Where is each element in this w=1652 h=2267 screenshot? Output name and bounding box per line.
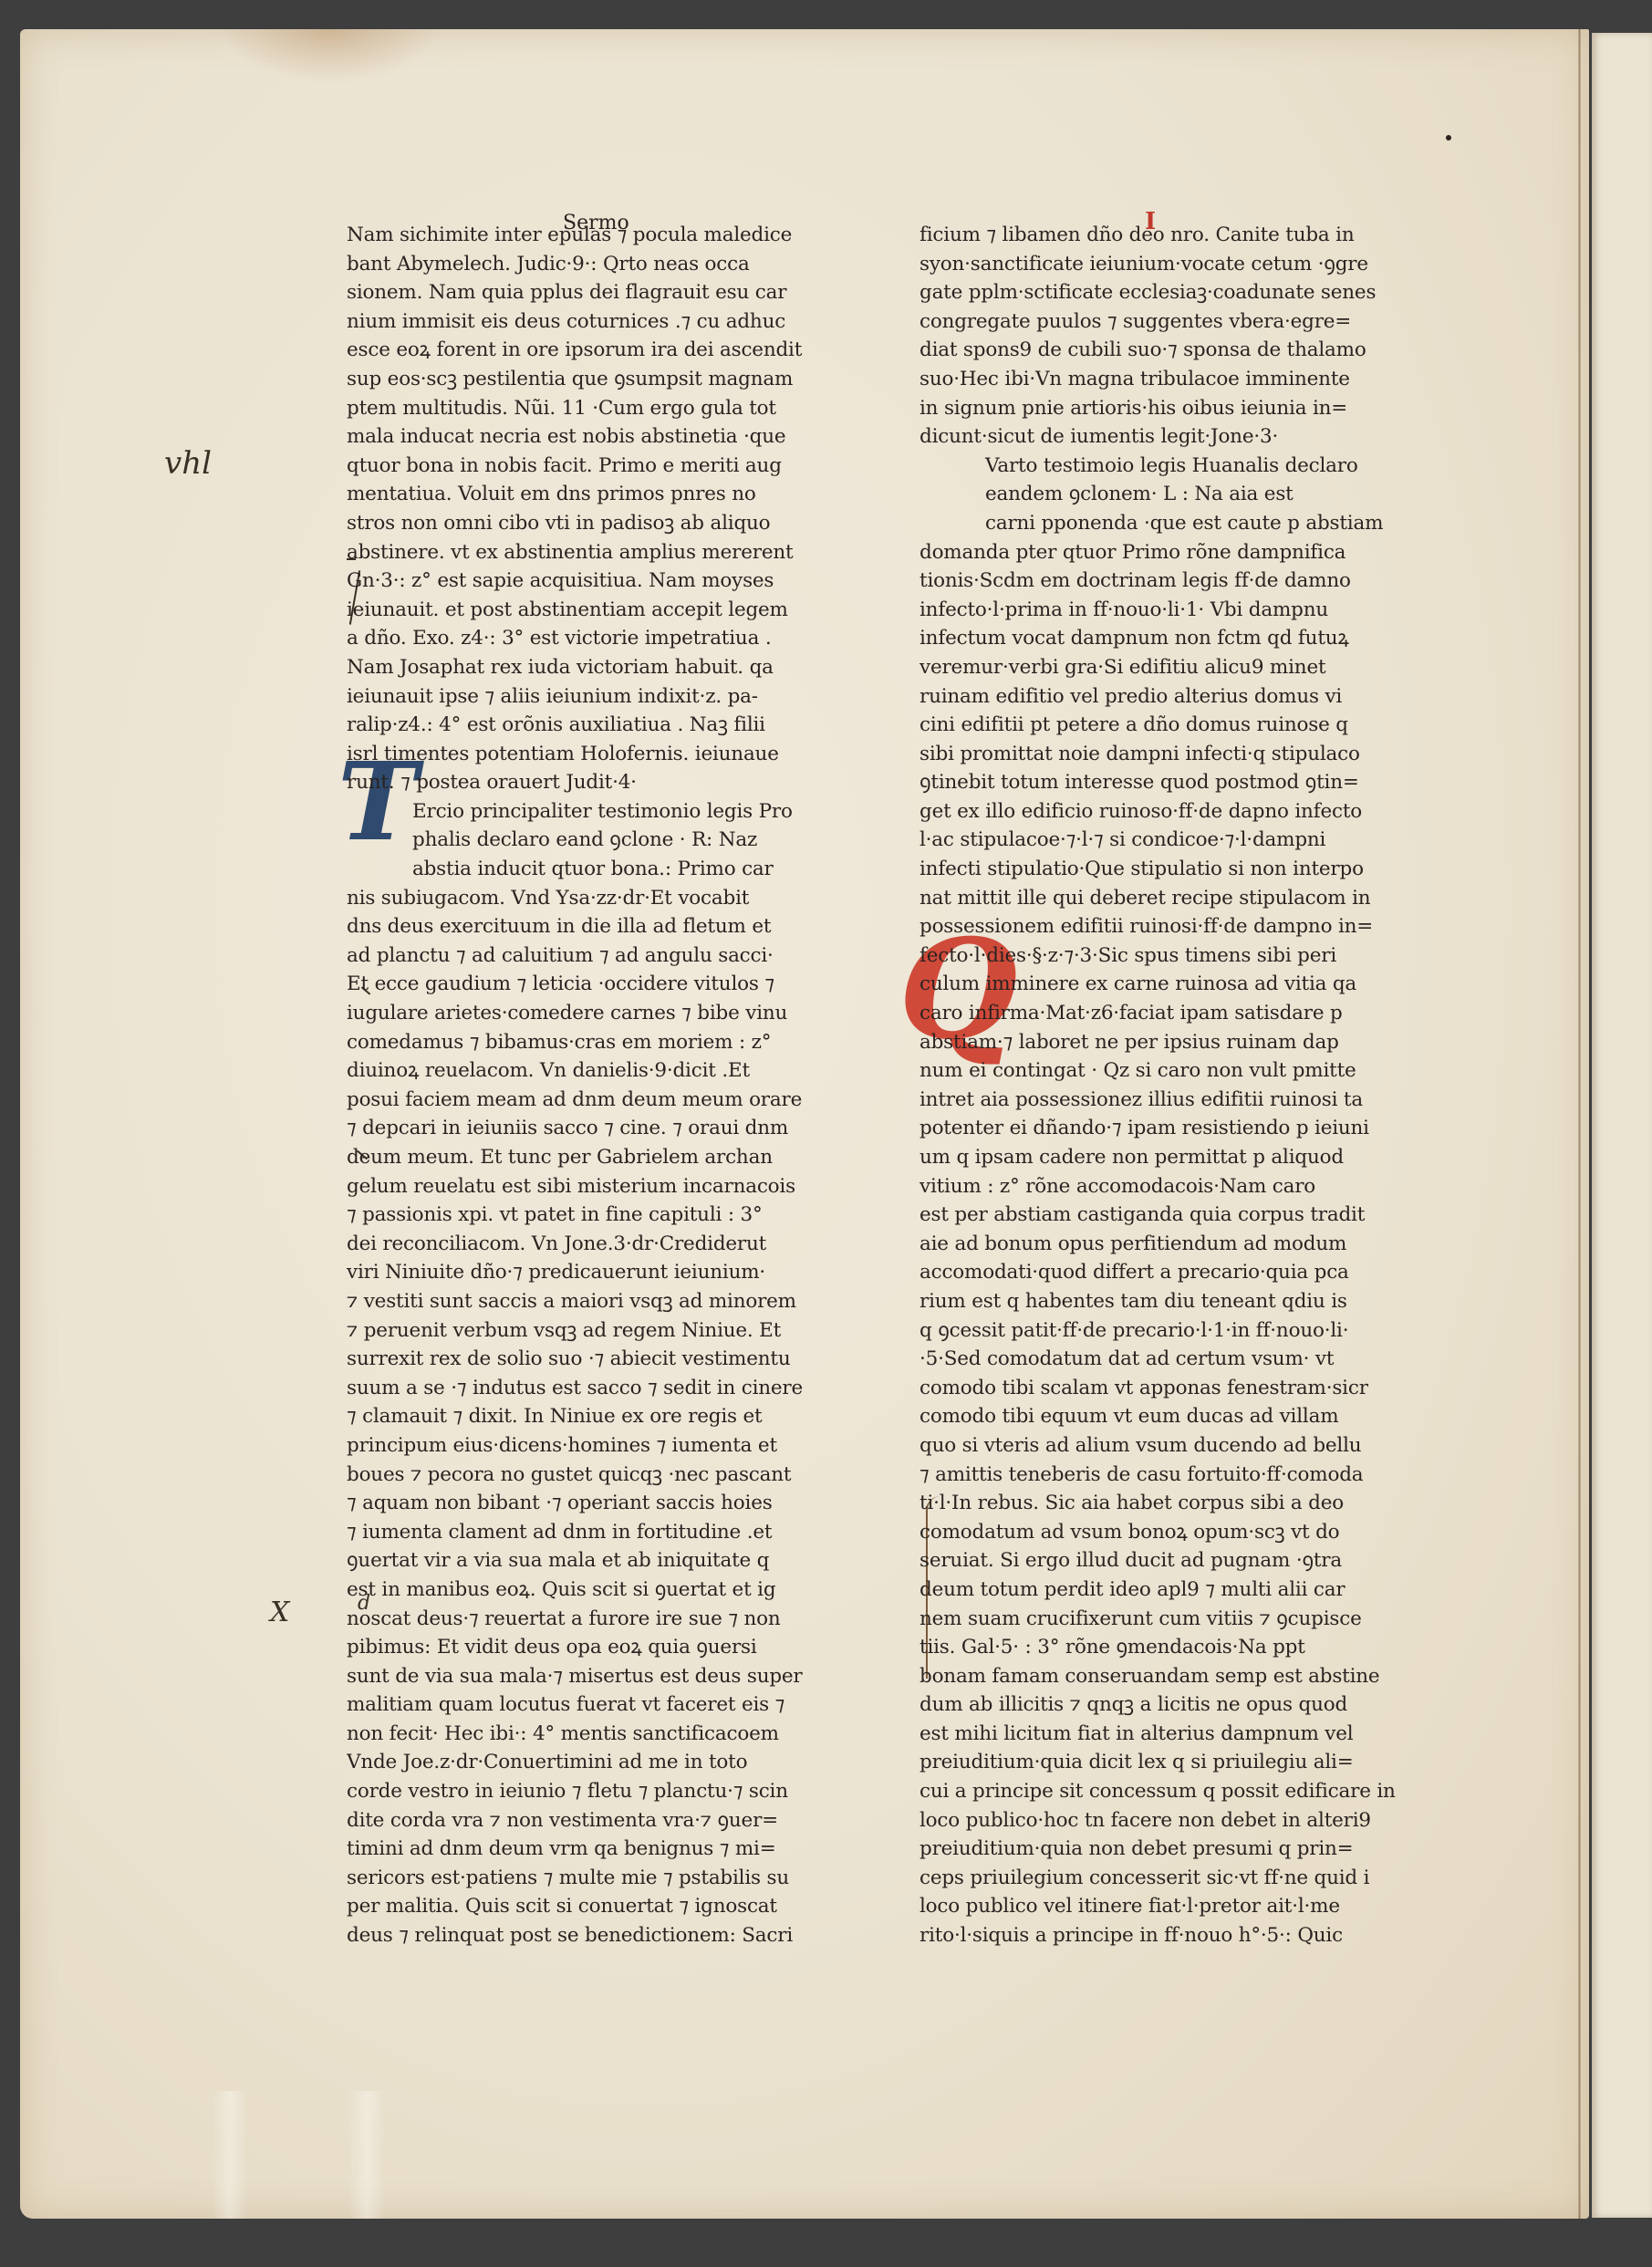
text-line: ⁊ amittis teneberis de casu fortuito·ff·… — [920, 1461, 1417, 1490]
text-line: Nam Josaphat rex iuda victoriam habuit. … — [347, 653, 857, 682]
text-line: isrl timentes potentiam Holofernis. ieiu… — [347, 740, 857, 769]
text-line: possessionem edifitii ruinosi·ff·de damp… — [920, 912, 1417, 941]
text-line: sibi promittat noie dampni infecti·q sti… — [920, 740, 1417, 769]
text-line: bant Abymelech. Judic·9·: Qrto neas occa — [347, 250, 857, 279]
text-line: diat spons9 de cubili suo·⁊ sponsa de th… — [920, 336, 1417, 365]
text-line: stros non omni cibo vti in padisoꝫ ab al… — [347, 509, 857, 538]
text-line: tiis. Gal·5· : 3° rõne ꝯmendacois·Na ppt — [920, 1633, 1417, 1662]
text-line: l·ac stipulacoe·⁊·l·⁊ si condicoe·⁊·l·da… — [920, 826, 1417, 855]
text-line: pibimus: Et vidit deus opa eoꝝ quia ꝯuer… — [347, 1633, 857, 1662]
text-line: eandem ꝯclonem· L : Na aia est — [920, 480, 1417, 509]
text-line: ⁊ passionis xpi. vt patet in fine capitu… — [347, 1201, 857, 1230]
text-line: mala inducat necria est nobis abstinetia… — [347, 422, 857, 452]
text-line: ieiunauit. et post abstinentiam accepit … — [347, 596, 857, 625]
text-line: esce eoꝝ forent in ore ipsorum ira dei a… — [347, 336, 857, 365]
text-line: comodo tibi scalam vt apponas fenestram·… — [920, 1374, 1417, 1403]
text-line: dum ab illicitis ⁊ qnqꝫ a licitis ne opu… — [920, 1690, 1417, 1720]
text-line: deus ⁊ relinquat post se benedictionem: … — [347, 1921, 857, 1950]
text-line: diuinoꝝ reuelacom. Vn danielis·9·dicit .… — [347, 1056, 857, 1086]
text-column-left: Nam sichimite inter epulas ⁊ pocula male… — [347, 221, 857, 1950]
text-line: abstia inducit qtuor bona.: Primo car — [347, 855, 857, 884]
text-line: viri Niniuite dño·⁊ predicauerunt ieiuni… — [347, 1258, 857, 1287]
text-line: surrexit rex de solio suo ·⁊ abiecit ves… — [347, 1345, 857, 1374]
text-line: tionis·Scdm em doctrinam legis ff·de dam… — [920, 567, 1417, 596]
text-line: get ex illo edificio ruinoso·ff·de dapno… — [920, 797, 1417, 827]
text-line: sionem. Nam quia pplus dei flagrauit esu… — [347, 278, 857, 307]
text-line: accomodati·quod differt a precario·quia … — [920, 1258, 1417, 1287]
marginal-annotation: X — [270, 1596, 289, 1628]
text-line: qtuor bona in nobis facit. Primo e merit… — [347, 452, 857, 481]
text-line: rito·l·siquis a principe in ff·nouo h°·5… — [920, 1921, 1417, 1950]
text-line: dns deus exercituum in die illa ad fletu… — [347, 912, 857, 941]
text-line: Ercio principaliter testimonio legis Pro — [347, 797, 857, 827]
text-line: nem suam crucifixerunt cum vitiis ⁊ ꝯcup… — [920, 1605, 1417, 1634]
text-line: culum imminere ex carne ruinosa ad vitia… — [920, 970, 1417, 999]
text-line: timini ad dnm deum vrm qa benignus ⁊ mi= — [347, 1835, 857, 1864]
facing-page-edge — [1592, 33, 1652, 2218]
text-line: Varto testimoio legis Huanalis declaro — [920, 452, 1417, 481]
text-line: quo si vteris ad alium vsum ducendo ad b… — [920, 1431, 1417, 1461]
text-line: ⁊ clamauit ⁊ dixit. In Niniue ex ore reg… — [347, 1402, 857, 1431]
text-line: ruinam edifitio vel predio alterius domu… — [920, 682, 1417, 712]
text-line: caro infirma·Mat·z6·faciat ipam satisdar… — [920, 999, 1417, 1028]
text-line: phalis declaro eand ꝯclone · R: Naz — [347, 826, 857, 855]
text-line: est per abstiam castiganda quia corpus t… — [920, 1201, 1417, 1230]
text-line: in signum pnie artioris·his oibus ieiuni… — [920, 394, 1417, 423]
text-line: ⁊ aquam non bibant ·⁊ operiant saccis ho… — [347, 1489, 857, 1518]
text-line: per malitia. Quis scit si conuertat ⁊ ig… — [347, 1892, 857, 1921]
text-line: aie ad bonum opus perfitiendum ad modum — [920, 1230, 1417, 1259]
text-line: preiuditium·quia non debet presumi q pri… — [920, 1835, 1417, 1864]
text-line: est mihi licitum fiat in alterius dampnu… — [920, 1720, 1417, 1749]
text-line: infecti stipulatio·Que stipulatio si non… — [920, 855, 1417, 884]
text-line: seruiat. Si ergo illud ducit ad pugnam ·… — [920, 1546, 1417, 1575]
text-line: comedamus ⁊ bibamus·cras em moriem : z° — [347, 1028, 857, 1057]
text-line: ⁊ depcari in ieiuniis sacco ⁊ cine. ⁊ or… — [347, 1114, 857, 1143]
text-line: ficium ⁊ libamen dño deo nro. Canite tub… — [920, 221, 1417, 250]
paper-crease — [212, 2091, 248, 2219]
text-line: gate pplm·sctificate ecclesiaꝫ·coadunate… — [920, 278, 1417, 307]
text-line: posui faciem meam ad dnm deum meum orare — [347, 1086, 857, 1115]
text-line: congregate puulos ⁊ suggentes vbera·egre… — [920, 307, 1417, 337]
text-line: comodo tibi equum vt eum ducas ad villam — [920, 1402, 1417, 1431]
text-line: deum totum perdit ideo apl9 ⁊ multi alii… — [920, 1575, 1417, 1605]
text-line: syon·sanctificate ieiunium·vocate cetum … — [920, 250, 1417, 279]
text-line: num ei contingat · Qz si caro non vult p… — [920, 1056, 1417, 1086]
text-line: preiuditium·quia dicit lex q si priuileg… — [920, 1748, 1417, 1777]
text-line: deum meum. Et tunc per Gabrielem archan — [347, 1143, 857, 1172]
text-line: nat mittit ille qui deberet recipe stipu… — [920, 884, 1417, 913]
text-line: ti·l·In rebus. Sic aia habet corpus sibi… — [920, 1489, 1417, 1518]
text-line: dicunt·sicut de iumentis legit·Jone·3· — [920, 422, 1417, 452]
text-line: ad planctu ⁊ ad caluitium ⁊ ad angulu sa… — [347, 941, 857, 971]
text-line: ·5·Sed comodatum dat ad certum vsum· vt — [920, 1345, 1417, 1374]
text-line: ꝯtinebit totum interesse quod postmod ꝯt… — [920, 768, 1417, 797]
text-line: abstiam·⁊ laboret ne per ipsius ruinam d… — [920, 1028, 1417, 1057]
text-line: principum eius·dicens·homines ⁊ iumenta … — [347, 1431, 857, 1461]
text-line: runt. ⁊ postea orauert Judit·4· — [347, 768, 857, 797]
text-line: corde vestro in ieiunio ⁊ fletu ⁊ planct… — [347, 1777, 857, 1806]
text-line: loco publico·hoc tn facere non debet in … — [920, 1806, 1417, 1835]
text-line: mentatiua. Voluit em dns primos pnres no — [347, 480, 857, 509]
text-line: nium immisit eis deus coturnices .⁊ cu a… — [347, 307, 857, 337]
text-line: veremur·verbi gra·Si edifitiu alicu9 min… — [920, 653, 1417, 682]
text-line: rium est q habentes tam diu teneant qdiu… — [920, 1287, 1417, 1316]
text-line: cui a principe sit concessum q possit ed… — [920, 1777, 1417, 1806]
text-line: est in manibus eoꝝ. Quis scit si ꝯuertat… — [347, 1575, 857, 1605]
text-line: domanda pter qtuor Primo rõne dampnifica — [920, 538, 1417, 567]
text-line: Gn·3·: z° est sapie acquisitiua. Nam moy… — [347, 567, 857, 596]
text-line: iugulare arietes·comedere carnes ⁊ bibe … — [347, 999, 857, 1028]
text-line: infectum vocat dampnum non fctm qd futuꝝ — [920, 624, 1417, 653]
page-fold — [1578, 29, 1581, 2219]
text-line: gelum reuelatu est sibi misterium incarn… — [347, 1172, 857, 1201]
text-line: a dño. Exo. z4·: 3° est victorie impetra… — [347, 624, 857, 653]
text-line: comodatum ad vsum bonoꝝ opum·scꝫ vt do — [920, 1518, 1417, 1547]
text-line: ꝯuertat vir a via sua mala et ab iniquit… — [347, 1546, 857, 1575]
text-line: ralip·z4.: 4° est orõnis auxiliatiua . N… — [347, 711, 857, 740]
text-line: infecto·l·prima in ff·nouo·li·1· Vbi dam… — [920, 596, 1417, 625]
text-line: ceps priuilegium concesserit sic·vt ff·n… — [920, 1864, 1417, 1893]
text-line: q ꝯcessit patit·ff·de precario·l·1·in ff… — [920, 1316, 1417, 1346]
text-line: abstinere. vt ex abstinentia amplius mer… — [347, 538, 857, 567]
text-line: sup eos·scꝫ pestilentia que ꝯsumpsit mag… — [347, 365, 857, 394]
text-line: ⁊ peruenit verbum vsqꝫ ad regem Niniue. … — [347, 1316, 857, 1346]
text-line: dite corda vra ⁊ non vestimenta vra·⁊ ꝯu… — [347, 1806, 857, 1835]
text-line: intret aia possessionez illius edifitii … — [920, 1086, 1417, 1115]
text-line: noscat deus·⁊ reuertat a furore ire sue … — [347, 1605, 857, 1634]
water-stain — [221, 29, 440, 84]
text-line: dei reconciliacom. Vn Jone.3·dr·Credider… — [347, 1230, 857, 1259]
text-line: cini edifitii pt petere a dño domus ruin… — [920, 711, 1417, 740]
text-line: vitium : z° rõne accomodacois·Nam caro — [920, 1172, 1417, 1201]
text-line: fecto·l·dies·§·z·⁊·3·Sic spus timens sib… — [920, 941, 1417, 971]
text-line: um q ipsam cadere non permittat p aliquo… — [920, 1143, 1417, 1172]
text-line: suo·Hec ibi·Vn magna tribulacoe imminent… — [920, 365, 1417, 394]
text-line: Vnde Joe.z·dr·Conuertimini ad me in toto — [347, 1748, 857, 1777]
text-line: bonam famam conseruandam semp est abstin… — [920, 1662, 1417, 1691]
text-line: ⁊ iumenta clament ad dnm in fortitudine … — [347, 1518, 857, 1547]
ink-dot — [1446, 135, 1451, 140]
marginal-annotation: vhl — [164, 445, 212, 482]
text-line: carni pponenda ·que est caute p abstiam — [920, 509, 1417, 538]
text-line: non fecit· Hec ibi·: 4° mentis sanctific… — [347, 1720, 857, 1749]
text-column-right: ficium ⁊ libamen dño deo nro. Canite tub… — [920, 221, 1417, 1950]
text-line: sericors est·patiens ⁊ multe mie ⁊ pstab… — [347, 1864, 857, 1893]
text-line: suum a se ·⁊ indutus est sacco ⁊ sedit i… — [347, 1374, 857, 1403]
text-line: nis subiugacom. Vnd Ysa·zz·dr·Et vocabit — [347, 884, 857, 913]
text-line: ptem multitudis. Nũi. 11 ·Cum ergo gula … — [347, 394, 857, 423]
text-line: sunt de via sua mala·⁊ misertus est deus… — [347, 1662, 857, 1691]
text-line: Et ecce gaudium ⁊ leticia ·occidere vitu… — [347, 970, 857, 999]
text-line: potenter ei dñando·⁊ ipam resistiendo p … — [920, 1114, 1417, 1143]
paper-crease — [348, 2091, 385, 2219]
text-line: loco publico vel itinere fiat·l·pretor a… — [920, 1892, 1417, 1921]
text-line: boues ⁊ pecora no gustet quicqꝫ ·nec pas… — [347, 1461, 857, 1490]
text-line: malitiam quam locutus fuerat vt faceret … — [347, 1690, 857, 1720]
text-line: ⁊ vestiti sunt saccis a maiori vsqꝫ ad m… — [347, 1287, 857, 1316]
text-line: Nam sichimite inter epulas ⁊ pocula male… — [347, 221, 857, 250]
text-line: ieiunauit ipse ⁊ aliis ieiunium indixit·… — [347, 682, 857, 712]
